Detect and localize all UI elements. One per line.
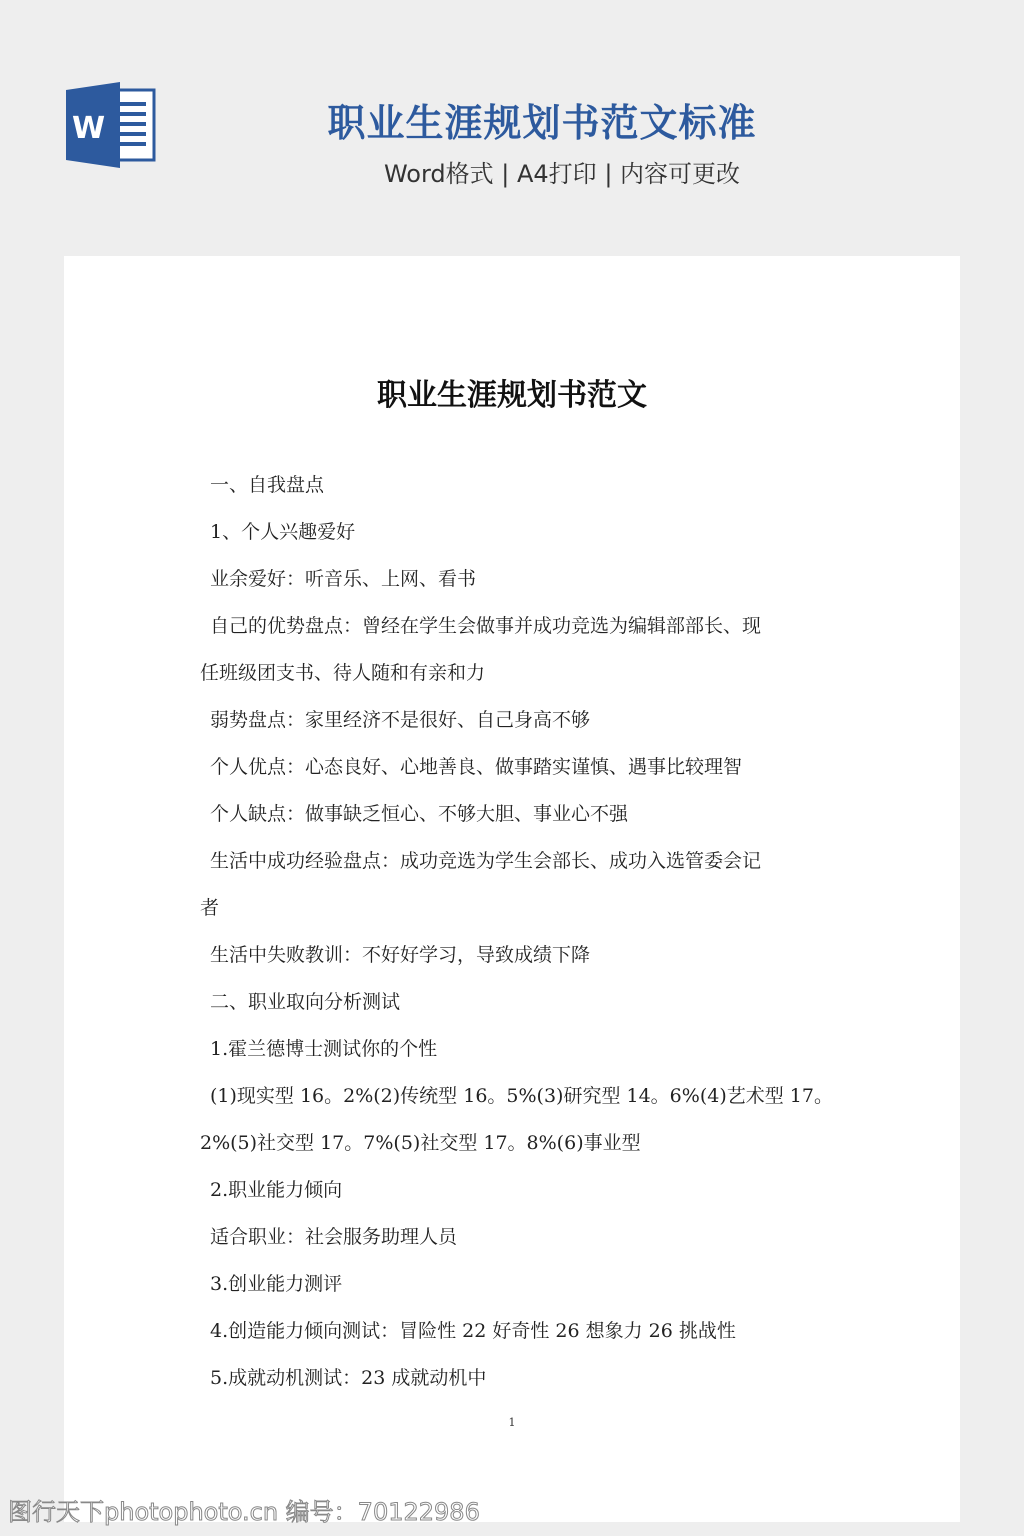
paragraph-motivation-test: 5.成就动机测试：23 成就动机中 bbox=[200, 1355, 830, 1402]
page-number: 1 bbox=[64, 1416, 960, 1429]
paragraph-failure: 生活中失败教训：不好好学习，导致成绩下降 bbox=[200, 932, 830, 979]
document-page: 职业生涯规划书范文 一、自我盘点 1、个人兴趣爱好 业余爱好：听音乐、上网、看书… bbox=[64, 256, 960, 1522]
banner-header: W 职业生涯规划书范文标准 Word格式 | A4打印 | 内容可更改 bbox=[0, 0, 1024, 256]
paragraph-shortcomings: 个人缺点：做事缺乏恒心、不够大胆、事业心不强 bbox=[200, 791, 830, 838]
subheading-holland-test: 1.霍兰德博士测试你的个性 bbox=[200, 1026, 830, 1073]
paragraph-holland-results-cont: 2%(5)社交型 17。7%(5)社交型 17。8%(6)事业型 bbox=[200, 1120, 830, 1167]
document-title: 职业生涯规划书范文 bbox=[64, 370, 960, 414]
subheading-interests: 1、个人兴趣爱好 bbox=[200, 509, 830, 556]
paragraph-hobbies: 业余爱好：听音乐、上网、看书 bbox=[200, 556, 830, 603]
paragraph-suitable-job: 适合职业：社会服务助理人员 bbox=[200, 1214, 830, 1261]
paragraph-holland-results: (1)现实型 16。2%(2)传统型 16。5%(3)研究型 14。6%(4)艺… bbox=[200, 1073, 830, 1120]
paragraph-weaknesses: 弱势盘点：家里经济不是很好、自己身高不够 bbox=[200, 697, 830, 744]
watermark: 图行天下photophoto.cn 编号：70122986 bbox=[8, 1492, 480, 1527]
banner-title: 职业生涯规划书范文标准 bbox=[0, 92, 1024, 147]
paragraph-strengths: 自己的优势盘点：曾经在学生会做事并成功竞选为编辑部部长、现 bbox=[200, 603, 830, 650]
paragraph-success-cont: 者 bbox=[200, 885, 830, 932]
paragraph-success: 生活中成功经验盘点：成功竞选为学生会部长、成功入选管委会记 bbox=[200, 838, 830, 885]
section-heading-self-assessment: 一、自我盘点 bbox=[200, 462, 830, 509]
section-heading-career-test: 二、职业取向分析测试 bbox=[200, 979, 830, 1026]
subheading-ability: 2.职业能力倾向 bbox=[200, 1167, 830, 1214]
paragraph-strengths-cont: 任班级团支书、待人随和有亲和力 bbox=[200, 650, 830, 697]
banner-subtitle: Word格式 | A4打印 | 内容可更改 bbox=[0, 154, 1024, 189]
paragraph-merits: 个人优点：心态良好、心地善良、做事踏实谨慎、遇事比较理智 bbox=[200, 744, 830, 791]
paragraph-creativity-test: 4.创造能力倾向测试：冒险性 22 好奇性 26 想象力 26 挑战性 bbox=[200, 1308, 830, 1355]
subheading-entrepreneurship: 3.创业能力测评 bbox=[200, 1261, 830, 1308]
document-body: 一、自我盘点 1、个人兴趣爱好 业余爱好：听音乐、上网、看书 自己的优势盘点：曾… bbox=[200, 462, 830, 1402]
